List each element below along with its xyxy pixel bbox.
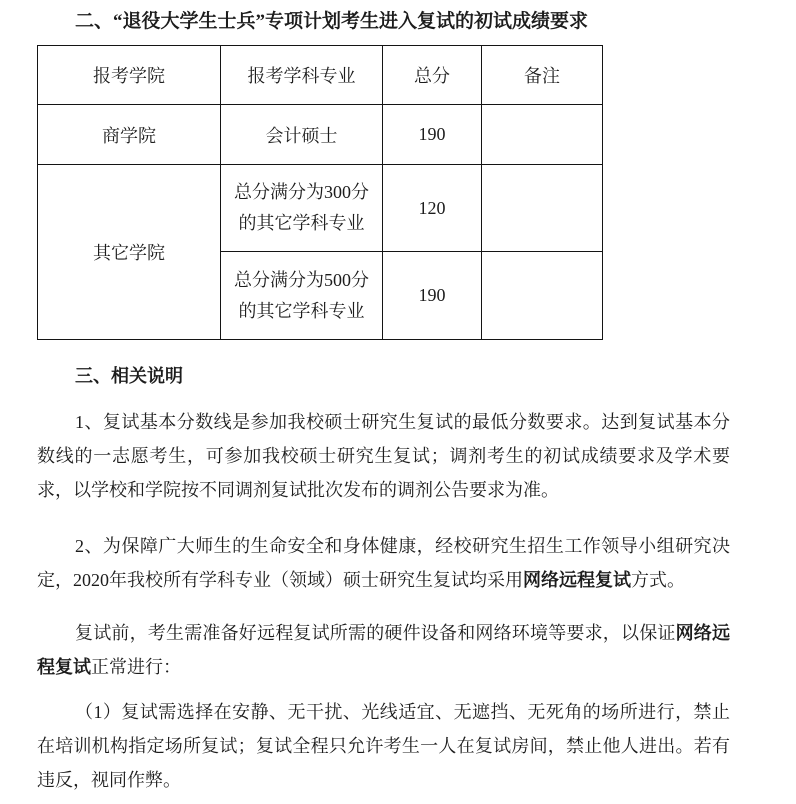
cell-score: 120	[383, 165, 482, 252]
table-header-row: 报考学院 报考学科专业 总分 备注	[38, 46, 603, 105]
score-table: 报考学院 报考学科专业 总分 备注 商学院 会计硕士 190 其它学院 总分满分…	[37, 45, 603, 340]
cell-college-business: 商学院	[38, 105, 221, 165]
cell-major-300: 总分满分为300分 的其它学科专业	[221, 165, 383, 252]
paragraph-4-text: （1）复试需选择在安静、无干扰、光线适宜、无遮挡、无死角的场所进行，禁止在培训机…	[37, 702, 730, 790]
paragraph-2-bold-text: 网络远程复试	[523, 570, 631, 590]
cell-major-500: 总分满分为500分 的其它学科专业	[221, 252, 383, 340]
section2-heading: 二、“退役大学生士兵”专项计划考生进入复试的初试成绩要求	[37, 9, 730, 34]
cell-note	[482, 165, 603, 252]
section3-heading: 三、相关说明	[37, 364, 730, 389]
paragraph-1-text: 1、复试基本分数线是参加我校硕士研究生复试的最低分数要求。达到复试基本分数线的一…	[37, 412, 730, 500]
cell-note	[482, 105, 603, 165]
paragraph-2-text-end: 方式。	[631, 570, 685, 590]
paragraph-1: 1、复试基本分数线是参加我校硕士研究生复试的最低分数要求。达到复试基本分数线的一…	[37, 405, 730, 507]
paragraph-4: （1）复试需选择在安静、无干扰、光线适宜、无遮挡、无死角的场所进行，禁止在培训机…	[37, 695, 730, 797]
cell-major-accounting: 会计硕士	[221, 105, 383, 165]
col-header-college: 报考学院	[38, 46, 221, 105]
col-header-note: 备注	[482, 46, 603, 105]
cell-score: 190	[383, 105, 482, 165]
table-row: 其它学院 总分满分为300分 的其它学科专业 120	[38, 165, 603, 252]
paragraph-3: 复试前，考生需准备好远程复试所需的硬件设备和网络环境等要求，以保证网络远程复试正…	[37, 616, 730, 684]
col-header-score: 总分	[383, 46, 482, 105]
col-header-major: 报考学科专业	[221, 46, 383, 105]
cell-college-other: 其它学院	[38, 165, 221, 340]
cell-score: 190	[383, 252, 482, 340]
paragraph-3-text-end: 正常进行：	[91, 657, 181, 677]
document-page: 二、“退役大学生士兵”专项计划考生进入复试的初试成绩要求 报考学院 报考学科专业…	[0, 0, 796, 804]
paragraph-3-text: 复试前，考生需准备好远程复试所需的硬件设备和网络环境等要求，以保证	[75, 623, 676, 643]
cell-note	[482, 252, 603, 340]
table-row: 商学院 会计硕士 190	[38, 105, 603, 165]
paragraph-2: 2、为保障广大师生的生命安全和身体健康，经校研究生招生工作领导小组研究决定，20…	[37, 529, 730, 597]
